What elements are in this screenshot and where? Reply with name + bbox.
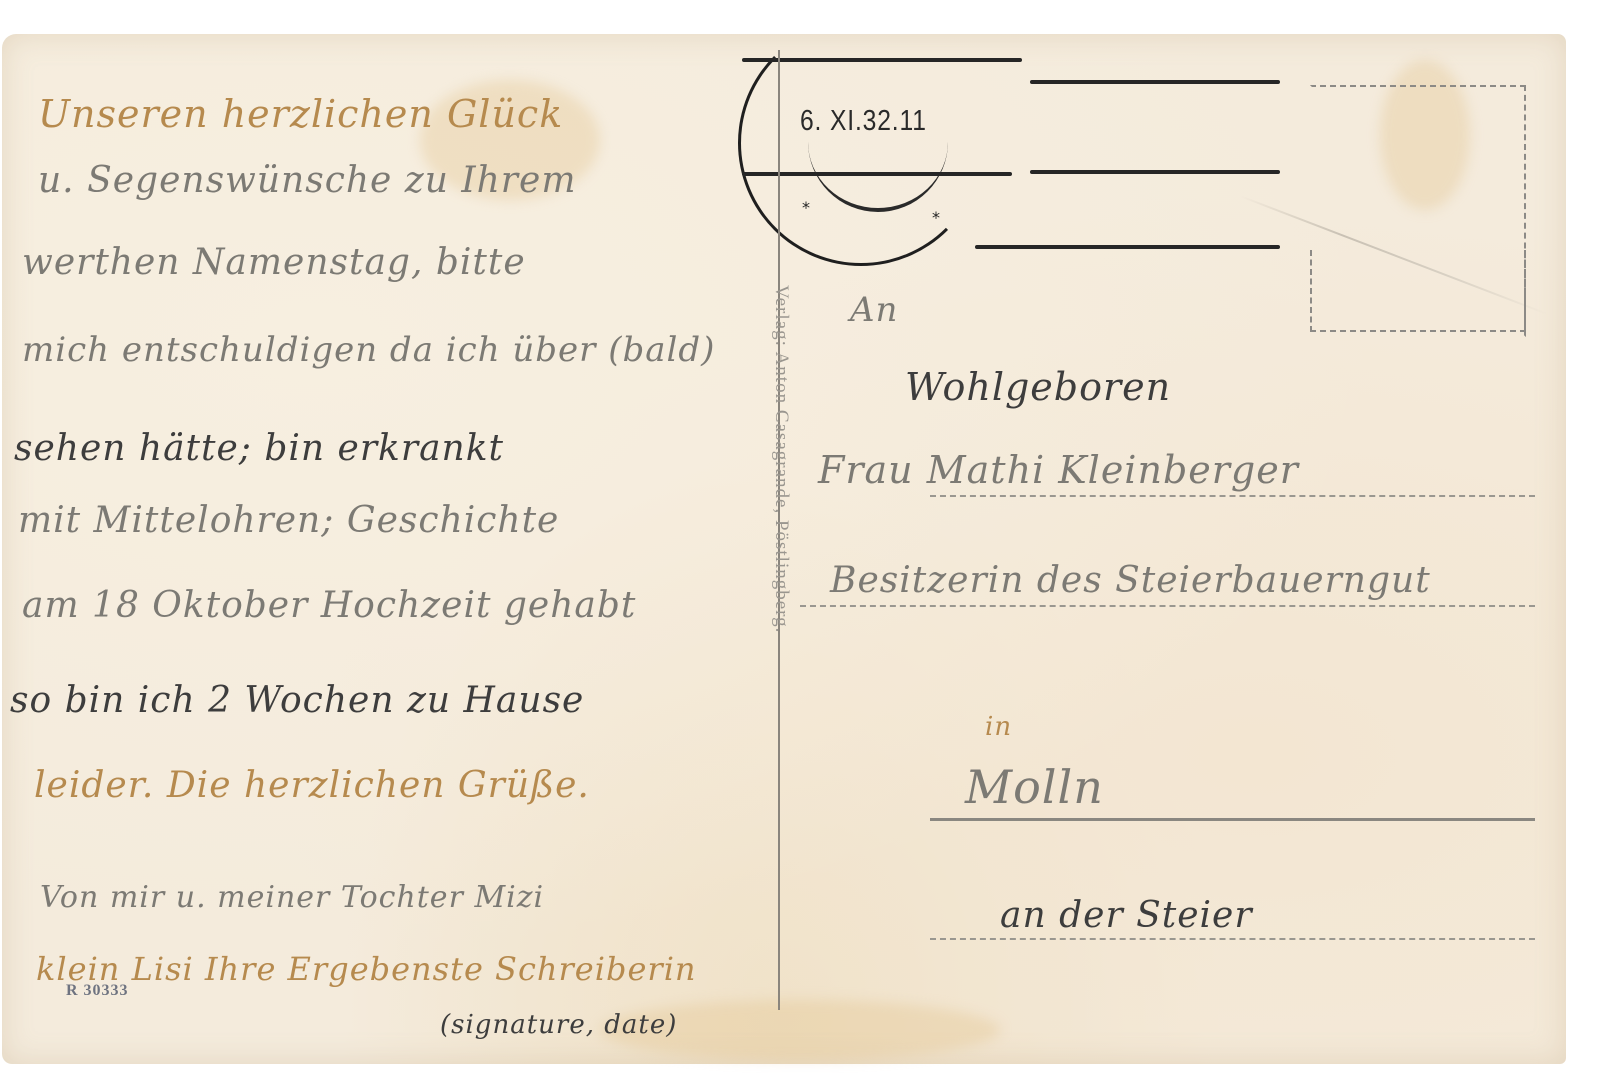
- cancel-line: [742, 58, 1022, 62]
- address-line-text: in: [985, 712, 1012, 742]
- message-line: sehen hätte; bin erkrankt: [14, 428, 504, 469]
- message-line: u. Segenswünsche zu Ihrem: [38, 160, 576, 201]
- postmark-star-icon: *: [802, 198, 810, 217]
- cancel-line: [1030, 170, 1280, 174]
- message-line: Unseren herzlichen Glück: [38, 92, 563, 136]
- address-rule: [930, 938, 1535, 940]
- address-town: Molln: [965, 760, 1104, 814]
- address-line-text: an der Steier: [1000, 895, 1253, 936]
- message-line: leider. Die herzlichen Grüße.: [34, 765, 590, 806]
- address-salutation: An: [850, 290, 898, 330]
- address-line-text: Besitzerin des Steierbauerngut: [830, 560, 1431, 601]
- message-line: werthen Namenstag, bitte: [22, 242, 526, 283]
- message-line: Von mir u. meiner Tochter Mizi: [40, 880, 544, 915]
- message-signature: (signature, date): [440, 1010, 677, 1040]
- address-line-text: Frau Mathi Kleinberger: [818, 448, 1299, 492]
- address-line-text: Wohlgeboren: [905, 365, 1171, 409]
- address-rule: [930, 818, 1535, 821]
- postmark-star-icon: *: [932, 208, 940, 227]
- address-rule: [800, 605, 1535, 607]
- cancel-line: [742, 172, 1012, 176]
- postmark-date: 6. XI.32.11: [800, 105, 927, 138]
- message-line: klein Lisi Ihre Ergebenste Schreiberin: [36, 950, 697, 988]
- publisher-imprint: Verlag: Anton Casagrande, Pöstlingberg.: [770, 285, 792, 633]
- message-line: mich entschuldigen da ich über (bald): [22, 330, 715, 370]
- cancel-line: [1030, 80, 1280, 84]
- cancel-line: [975, 245, 1280, 249]
- message-line: mit Mittelohren; Geschichte: [18, 500, 559, 541]
- stamp-box-lower: [1310, 250, 1526, 332]
- address-rule: [930, 495, 1535, 497]
- message-line: am 18 Oktober Hochzeit gehabt: [22, 585, 636, 626]
- message-line: so bin ich 2 Wochen zu Hause: [10, 680, 584, 721]
